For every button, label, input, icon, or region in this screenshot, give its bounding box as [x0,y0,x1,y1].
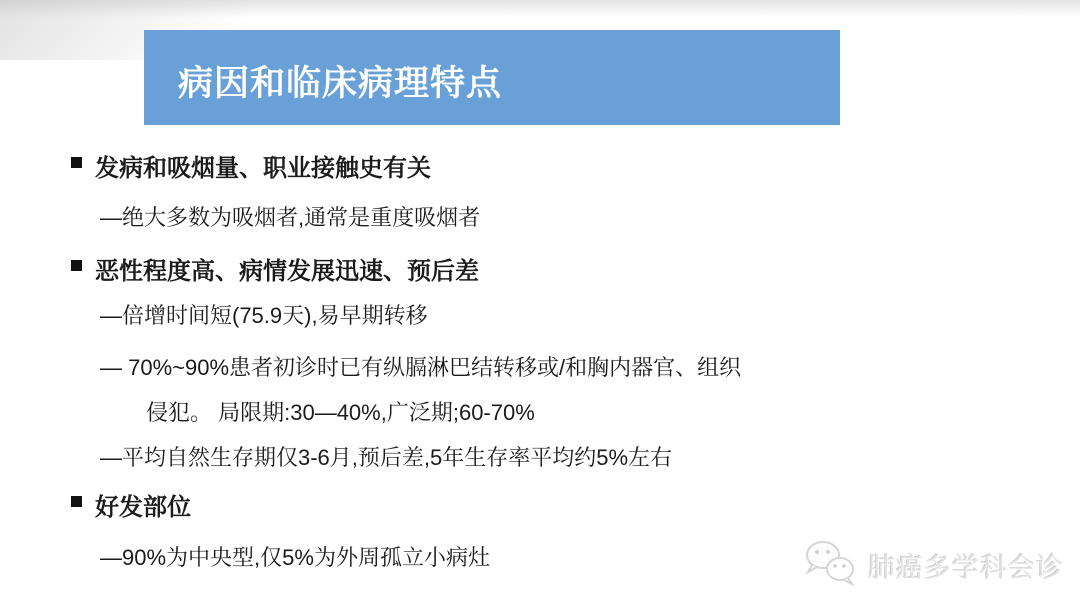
presentation-slide: 病因和临床病理特点 发病和吸烟量、职业接触史有关 —绝大多数为吸烟者,通常是重度… [0,0,1080,608]
slide-title: 病因和临床病理特点 [178,56,502,106]
sub-item: —平均自然生存期仅3-6月,预后差,5年生存率平均约5%左右 [100,441,672,472]
sub-item: —绝大多数为吸烟者,通常是重度吸烟者 [100,201,480,232]
sub-item-continuation: 侵犯。 局限期:30—40%,广泛期;60-70% [146,396,535,427]
bullet-square-icon [71,496,82,507]
bullet-item: 恶性程度高、病情发展迅速、预后差 [95,251,479,286]
bullet-item: 发病和吸烟量、职业接触史有关 [95,148,431,183]
watermark: 肺癌多学科会诊 [802,538,1064,593]
bullet-square-icon [71,260,82,271]
sub-item: — 70%~90%患者初诊时已有纵膈淋巴结转移或/和胸内器官、组织 [100,351,741,382]
wechat-logo-icon [802,538,860,593]
sub-item: —倍增时间短(75.9天),易早期转移 [100,299,428,330]
title-banner: 病因和临床病理特点 [144,30,840,125]
bullet-item: 好发部位 [95,487,191,522]
watermark-label: 肺癌多学科会诊 [868,546,1064,585]
bullet-square-icon [71,157,82,168]
sub-item: —90%为中央型,仅5%为外周孤立小病灶 [100,541,490,572]
